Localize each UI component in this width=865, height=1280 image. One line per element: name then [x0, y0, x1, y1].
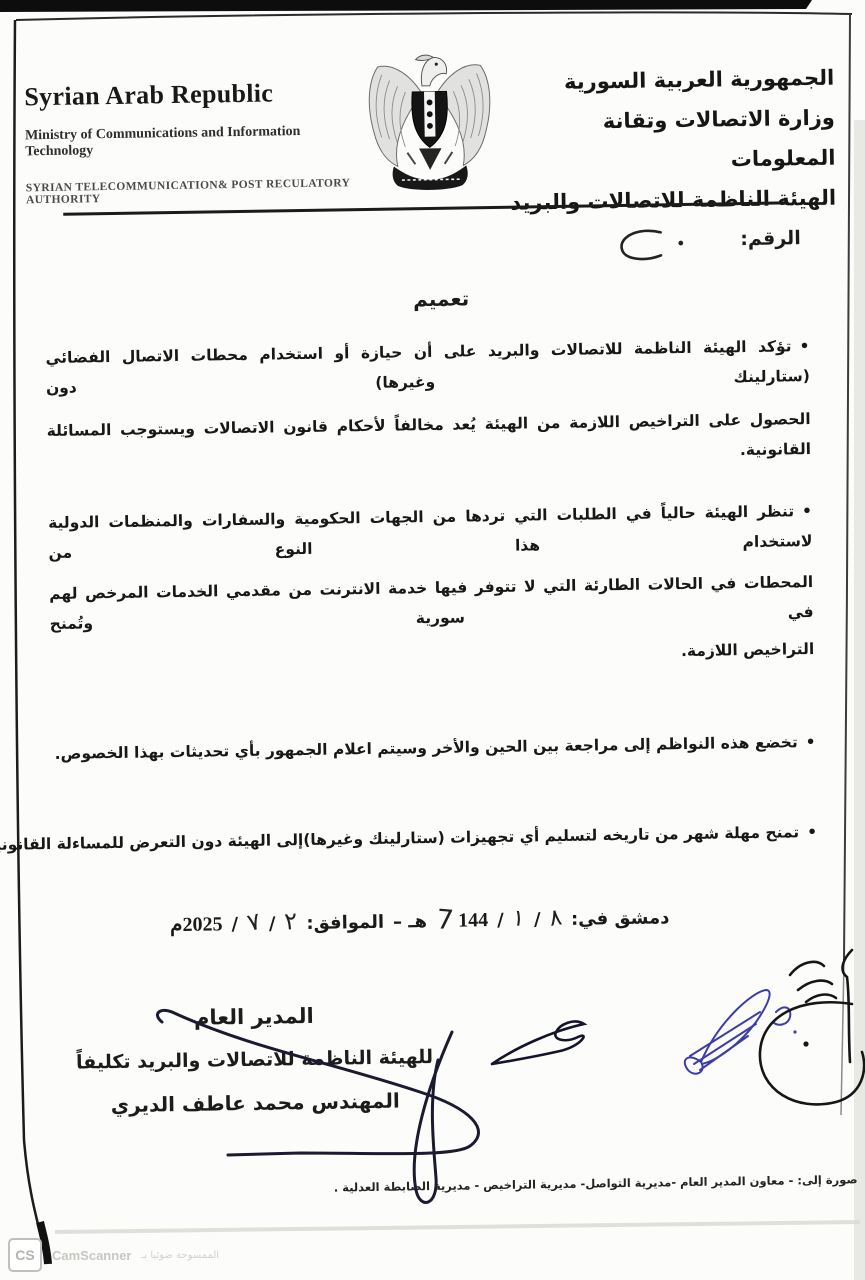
- reference-number-label: الرقم:: [740, 227, 801, 250]
- bullet-2-text-1: تنظر الهيئة حالياً في الطلبات التي تردها…: [48, 502, 813, 562]
- ministry-name-ar: وزارة الاتصالات وتقانة المعلومات: [505, 98, 836, 183]
- gregorian-day-handwritten: ٢: [283, 907, 298, 936]
- bullet-4-text-1: تمنح مهلة شهر من تاريخه لتسليم أي تجهيزا…: [0, 823, 799, 854]
- bullet-2-text-3: التراخيص اللازمة.: [681, 640, 814, 660]
- signature-title-block: المدير العام للهيئة الناظمة للاتصالات وا…: [54, 1002, 456, 1118]
- camscanner-watermark: CS CamScanner الممسوحة ضوئيا بـ: [8, 1238, 219, 1272]
- authority-name-en: SYRIAN TELECOMMUNICATION& POST RECULATOR…: [26, 177, 371, 206]
- signer-name: المهندس محمد عاطف الديري: [55, 1088, 455, 1118]
- letterhead-english: Syrian Arab Republic Ministry of Communi…: [24, 77, 371, 206]
- scanned-document-page: Syrian Arab Republic Ministry of Communi…: [0, 0, 865, 1280]
- bullet-2-line-3: التراخيص اللازمة.: [50, 634, 814, 676]
- hijri-month-handwritten: ١: [511, 905, 527, 933]
- hijri-era-suffix: هـ –: [393, 911, 427, 933]
- hijri-day-handwritten: ٨: [548, 904, 564, 932]
- eagle-emblem-icon: [363, 51, 497, 193]
- signer-title-line-1: المدير العام: [54, 1002, 454, 1032]
- bullet-1-line-1: •تؤكد الهيئة الناظمة للاتصالات والبريد ع…: [45, 331, 810, 403]
- date-separator: /: [534, 909, 541, 930]
- date-separator: /: [231, 914, 238, 935]
- camscanner-label: CamScanner: [52, 1248, 131, 1263]
- gregorian-label: الموافق:: [306, 912, 384, 934]
- gregorian-year-printed: 2025م: [170, 911, 223, 937]
- country-name-ar: الجمهورية العربية السورية: [504, 58, 835, 103]
- bullet-2-line-2: المحطات في الحالات الطارئة التي لا تتوفر…: [49, 567, 814, 639]
- document-body: •تؤكد الهيئة الناظمة للاتصالات والبريد ع…: [40, 0, 804, 6]
- reference-handwritten-mark: [608, 218, 699, 267]
- distribution-list: صورة إلى: - معاون المدير العام -مديرية ا…: [317, 1172, 857, 1194]
- bullet-1-line-2: الحصول على التراخيص اللازمة من الهيئة يُ…: [46, 404, 811, 476]
- date-separator: /: [497, 910, 504, 931]
- hijri-year-handwritten-digit: 7: [435, 904, 455, 936]
- date-separator: /: [269, 913, 276, 934]
- document-title: تعميم: [9, 280, 865, 318]
- authority-name-ar: الهيئة الناظمة للاتصالات والبريد: [506, 178, 837, 223]
- bullet-2-text-2: المحطات في الحالات الطارئة التي لا تتوفر…: [49, 573, 814, 633]
- date-city-label: دمشق في:: [571, 907, 670, 930]
- country-name-en: Syrian Arab Republic: [24, 77, 369, 112]
- bullet-1-text-1: تؤكد الهيئة الناظمة للاتصالات والبريد عل…: [45, 337, 810, 397]
- bullet-glyph: •: [802, 502, 812, 520]
- camscanner-icon: CS: [8, 1238, 42, 1272]
- document-content: Syrian Arab Republic Ministry of Communi…: [0, 0, 865, 1280]
- camscanner-arabic-label: الممسوحة ضوئيا بـ: [141, 1250, 219, 1261]
- bullet-4-line-1: •تمنح مهلة شهر من تاريخه لتسليم أي تجهيز…: [53, 817, 817, 859]
- hijri-year-printed: 144: [458, 909, 488, 932]
- date-line: دمشق في: ٨ / ١ / 144 7 هـ – الموافق: ٢ /…: [170, 899, 670, 938]
- bullet-1-text-2: الحصول على التراخيص اللازمة من الهيئة يُ…: [47, 410, 812, 459]
- bullet-glyph: •: [806, 733, 816, 751]
- bullet-3-line-1: •تخضع هذه النواظم إلى مراجعة بين الحين و…: [52, 727, 816, 769]
- ministry-name-en: Ministry of Communications and Informati…: [25, 123, 370, 160]
- signer-title-line-2: للهيئة الناظمة للاتصالات والبريد تكليفاً: [54, 1046, 454, 1074]
- bullet-3-text-1: تخضع هذه النواظم إلى مراجعة بين الحين وا…: [55, 733, 798, 763]
- bullet-glyph: •: [807, 823, 817, 841]
- bullet-glyph: •: [799, 337, 809, 355]
- bullet-2-line-1: •تنظر الهيئة حالياً في الطلبات التي ترده…: [48, 496, 813, 568]
- gregorian-month-handwritten: ٧: [244, 907, 263, 937]
- letterhead-arabic: الجمهورية العربية السورية وزارة الاتصالا…: [504, 58, 836, 223]
